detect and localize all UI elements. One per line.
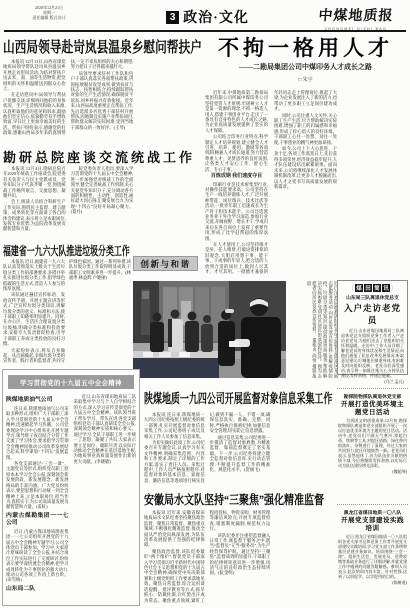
article-block-sub: 百炼成钢 我们速度夺目 <box>205 174 268 179</box>
issue-editors: 责任编辑·版式设计 <box>7 15 91 20</box>
column-banner-innovation: 创新与和谐 <box>133 256 198 271</box>
article-shanxi-headline: 山西局领导赴岢岚县温泉乡慰问帮扶户 <box>3 36 206 57</box>
news-photo-image <box>133 281 286 378</box>
article-block-p: 同时,公司注重人文关怀,关心职工生产生活,尽力帮助解决实际困难,增强了职工的归属… <box>274 113 337 145</box>
briefs-header-char: 煤 <box>355 284 363 292</box>
photo-caption: 近日,江苏局地测队组织青年志愿者走进社区开展志愿服务活动,向居民发放宣传资料,讲… <box>290 281 339 378</box>
brief1-body: 近日,山东省煤田地质局三队离退休党总支组织党务工作者入户走访老党员,为他们送去了… <box>341 328 404 378</box>
briefs-header-chars: 煤田简讯 <box>355 284 390 292</box>
feature-body: 近年来,中煤地质第二勘探局集团有限公司所属中煤印务公司坚持党管人才原则,牢固树立… <box>205 90 406 279</box>
article-fujian-body: 本报讯 近日,福建省一九六大队认真贯彻落实上级关于生活垃圾分类工作的部署要求,多… <box>3 259 131 366</box>
newspaper-page: 2020年12月21日 星期一 责任编辑·版式设计 3 政治·文化 中煤地质报 … <box>0 0 410 608</box>
masthead-title: 中煤地质报 <box>305 5 407 25</box>
brief2-org: 勘探院物探队离退休党支部 <box>338 393 407 400</box>
article-block-p: 本报讯 12月4日,勘研总院召开2020年统战工作座谈会,院党委有关负责人与民主… <box>3 166 66 198</box>
page-number-badge: 3 <box>166 11 179 24</box>
bracket-left-decoration: 〔 <box>349 285 354 292</box>
article-block-p: 公司结合印务行业特点,科学制定人才培养规划,建立健全人才引进、培养、使用、激励等… <box>205 134 268 172</box>
article-kanyan-body: 本报讯 12月4日,勘研总院召开2020年统战工作座谈会,院党委有关负责人与民主… <box>3 166 201 233</box>
article-block-p: 本报讯 近日,福建省一九六大队认真贯彻落实上级关于生活垃圾分类工作的部署要求,多… <box>3 259 65 291</box>
brief3-signature: (陈树道) <box>338 580 407 586</box>
article-block-p: 近日,内蒙古煤田地质勘查集团一一七公司组织开展党的十九届五中全会精神专题学习,公… <box>6 529 69 583</box>
briefs-header-char: 简 <box>373 284 381 292</box>
article-kanyan-headline: 勘研总院座谈交流统战工作 <box>3 147 195 166</box>
article-block-p: 近日,山东省煤田地质局二队采取集中学习与个人自学相结合的方式,深入学习宣传贯彻党… <box>74 394 137 464</box>
article-block-p: 院党委负责人指出,要深入学习贯彻党的十九届五中全会精神,进一步加强党对统战工作的… <box>71 166 134 215</box>
feature-headline: 不拘一格用人才 <box>205 32 406 62</box>
article-block-h: 内蒙古煤勘集团一一七公司 <box>6 513 69 527</box>
briefs-header-char: 田 <box>364 284 372 292</box>
brief2-signature: (魏超琴) <box>338 469 407 475</box>
briefs-box: 〔 煤田简讯 〕 山东局三队离退休党总支 入户走访老党员 近日,山东省煤田地质局… <box>337 280 408 375</box>
brief3-body: 近日,黑龙江省煤田地质一〇八队组织各党支部书记和党务工作者开展党支部建设实践培训… <box>338 534 407 579</box>
bracket-right-decoration: 〕 <box>391 285 396 292</box>
section-title: 政治·文化 <box>183 7 249 27</box>
article-anhui-body: 本报讯 近年来,安徽省煤田地质局水文队纪委坚持聚焦政治监督、聚焦日常监督、聚焦重… <box>144 510 336 605</box>
study-section-banner: 学习贯彻党的十九届五中全会精神 <box>8 375 134 389</box>
article-block-h: 山东局二队 <box>6 586 69 593</box>
briefs-header-char: 讯 <box>382 284 390 292</box>
feature-subtitle: ——二勘局集团公司中煤印务人才成长之路 <box>205 62 406 72</box>
article-block-p: 该队纪委还注重把监督融入日常工作,寓监督于服务之中,既当“监督员”又当“服务员”… <box>210 533 271 576</box>
brief3-title: 开展党支部建设实践培训 <box>338 517 407 532</box>
brief3-org: 黑龙江省煤田地质一〇八队 <box>338 509 407 516</box>
article-block-p: 本报讯 连日来,陕煤地质一九四公司纪委按照上级纪委的统一部署,扎实开展监督对象信… <box>144 412 205 439</box>
article-shaanmei194-headline: 陕煤地质一九四公司开展监督对象信息采集工作 <box>144 388 344 407</box>
brief2-title: 开展打造优美环境主题党日活动 <box>338 401 407 416</box>
feature-byline: □ 朱宇 <box>205 76 406 83</box>
article-block-p: 连日来,陕煤地质油气公司采取多种形式,组织广大干部职工深入学习贯彻党的十九届五中… <box>6 406 69 460</box>
article-block-p: 本报讯 12月11日,山西省煤炭地质局领导带队赴岢岚县温泉乡开展走访慰问活动,为… <box>3 59 66 91</box>
news-photo <box>133 281 286 378</box>
issue-date-block: 2020年12月21日 星期一 责任编辑·版式设计 <box>7 5 91 21</box>
article-block-h: 陕煤地质油气公司 <box>6 397 69 404</box>
article-fujian-headline: 福建省一九六大队推进垃圾分类工作 <box>3 242 135 259</box>
brief-item: 勘探院物探队离退休党支部 开展打造优美环境主题党日活动 为巩固文明创建成果,12… <box>337 388 408 501</box>
article-block-p: 局领导要求驻村工作队和包户干部认真落实各项帮扶政策,巩固拓展脱贫攻坚成果,做到扶… <box>71 71 134 130</box>
article-block-p: 该队通过悬挂宣传标语、发放宣传手册、开展主题宣讲等形式,广泛宣传垃圾分类知识,讲… <box>3 292 65 346</box>
article-block-p: 近年来,中煤地质第二勘探局集团有限公司所属中煤印务公司坚持党管人才原则,牢固树立… <box>205 90 268 133</box>
brief1-org: 山东局三队离退休党总支 <box>341 294 404 301</box>
brief2-body: 为巩固文明创建成果,12月初,勘探院物探队离退休党支部组织开展了一次以打造优美环… <box>338 418 407 468</box>
brief-item: 黑龙江省煤田地质一〇八队 开展党支部建设实践培训 近日,黑龙江省煤田地质一〇八队… <box>337 504 408 605</box>
briefs-box-header: 〔 煤田简讯 〕 <box>341 284 404 292</box>
article-shanxi-body: 本报讯 12月11日,山西省煤炭地质局领导带队赴岢岚县温泉乡开展走访慰问活动,为… <box>3 59 201 145</box>
article-block-p: 本报讯 近年来,安徽省煤田地质局水文队纪委坚持聚焦政治监督、聚焦日常监督、聚焦重… <box>144 510 205 548</box>
study-section-body: 陕煤地质油气公司连日来,陕煤地质油气公司采取多种形式,组织广大干部职工深入学习贯… <box>6 394 136 603</box>
article-anhui-headline: 安徽局水文队坚持“三聚焦”强化精准监督 <box>144 490 344 508</box>
article-block-p: 会上,统战人员结合科研生产工作实际,围绕民主监督、建言献策、成果转化等方面谈了各… <box>3 199 66 231</box>
article-block-p: 各党支部通过“三会一课”、主题党日等形式,组织党员职工原原本本学习全会公报,深刻… <box>6 461 69 510</box>
article-shaanmei194-body: 本报讯 连日来,陕煤地质一九四公司纪委按照上级纪委的统一部署,扎实开展监督对象信… <box>144 412 336 486</box>
article-block-p: 通过信息采集,公司纪委进一步摸清了监督对象底数,为精准监督、靠前监督奠定了坚实基… <box>210 435 271 473</box>
article-block-p: 如今,公司上下人心思进、干劲十足,各项工作蒸蒸日上,先后获得多项荣誉,经济效益稳… <box>274 146 337 189</box>
article-block-p: 印刷行业是技术密集型行业,对操作技能要求高。公司坚持在生产一线培养锻炼人才,广泛… <box>205 182 268 241</box>
section-header: 3 政治·文化 <box>140 7 275 27</box>
masthead: 中煤地质报 ZHONGMEI DIZHI BAO <box>306 5 406 31</box>
brief1-signature: (乌兰 孟凡) <box>341 379 404 385</box>
brief1-title: 入户走访老党员 <box>341 302 404 326</box>
